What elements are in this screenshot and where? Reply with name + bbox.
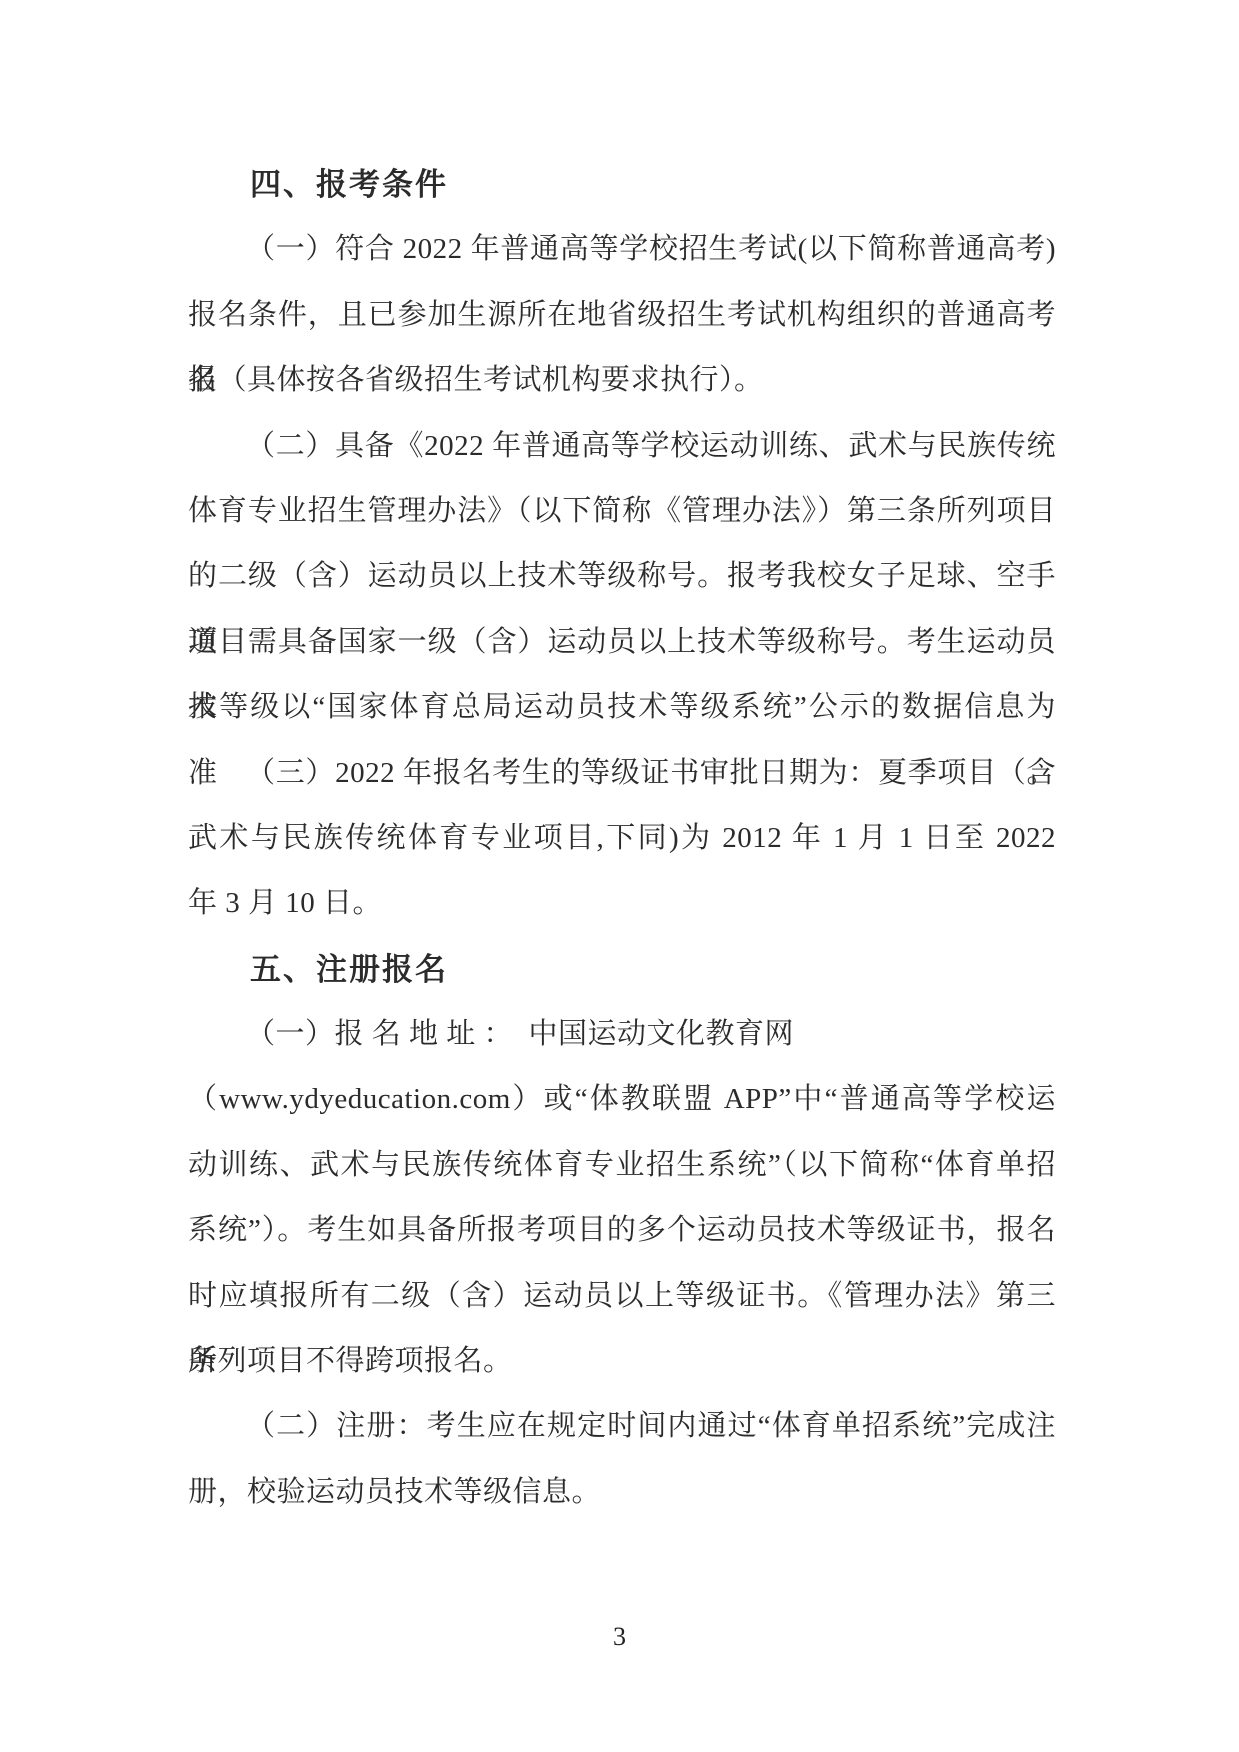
- text-line: （www.ydyeducation.com）或“体教联盟 APP”中“普通高等学…: [188, 1067, 1056, 1132]
- document-page: 四、报考条件（一）符合 2022 年普通高等学校招生考试(以下简称普通高考)报名…: [0, 0, 1239, 1752]
- document-body: 四、报考条件（一）符合 2022 年普通高等学校招生考试(以下简称普通高考)报名…: [188, 152, 1056, 1525]
- text-line: 时应填报所有二级（含）运动员以上等级证书。《管理办法》第三条: [188, 1264, 1056, 1329]
- text-line: （二）注册：考生应在规定时间内通过“体育单招系统”完成注: [188, 1394, 1056, 1459]
- text-line: 名（具体按各省级招生考试机构要求执行）。: [188, 348, 1056, 413]
- text-line: 武术与民族传统体育专业项目,下同)为 2012 年 1 月 1 日至 2022: [188, 806, 1056, 871]
- text-line: 所列项目不得跨项报名。: [188, 1329, 1056, 1394]
- text-line: 系统”）。考生如具备所报考项目的多个运动员技术等级证书，报名: [188, 1198, 1056, 1263]
- text-line: 报名条件，且已参加生源所在地省级招生考试机构组织的普通高考报: [188, 283, 1056, 348]
- page-number: 3: [0, 1622, 1239, 1652]
- text-line: （三）2022 年报名考生的等级证书审批日期为：夏季项目（含: [188, 741, 1056, 806]
- text-line: 册，校验运动员技术等级信息。: [188, 1460, 1056, 1525]
- text-line: （二）具备《2022 年普通高等学校运动训练、武术与民族传统: [188, 414, 1056, 479]
- text-line: 体育专业招生管理办法》（以下简称《管理办法》）第三条所列项目: [188, 479, 1056, 544]
- text-line: 动训练、武术与民族传统体育专业招生系统”（以下简称“体育单招: [188, 1133, 1056, 1198]
- text-line: （一）报 名 地 址 ： 中国运动文化教育网: [188, 1002, 1056, 1067]
- section-heading: 五、注册报名: [188, 937, 1056, 1002]
- section-heading: 四、报考条件: [188, 152, 1056, 217]
- text-line: 术等级以“国家体育总局运动员技术等级系统”公示的数据信息为准。: [188, 675, 1056, 740]
- text-line: （一）符合 2022 年普通高等学校招生考试(以下简称普通高考): [188, 217, 1056, 282]
- text-line: 项目需具备国家一级（含）运动员以上技术等级称号。考生运动员技: [188, 610, 1056, 675]
- text-line: 的二级（含）运动员以上技术等级称号。报考我校女子足球、空手道: [188, 544, 1056, 609]
- text-line: 年 3 月 10 日。: [188, 871, 1056, 936]
